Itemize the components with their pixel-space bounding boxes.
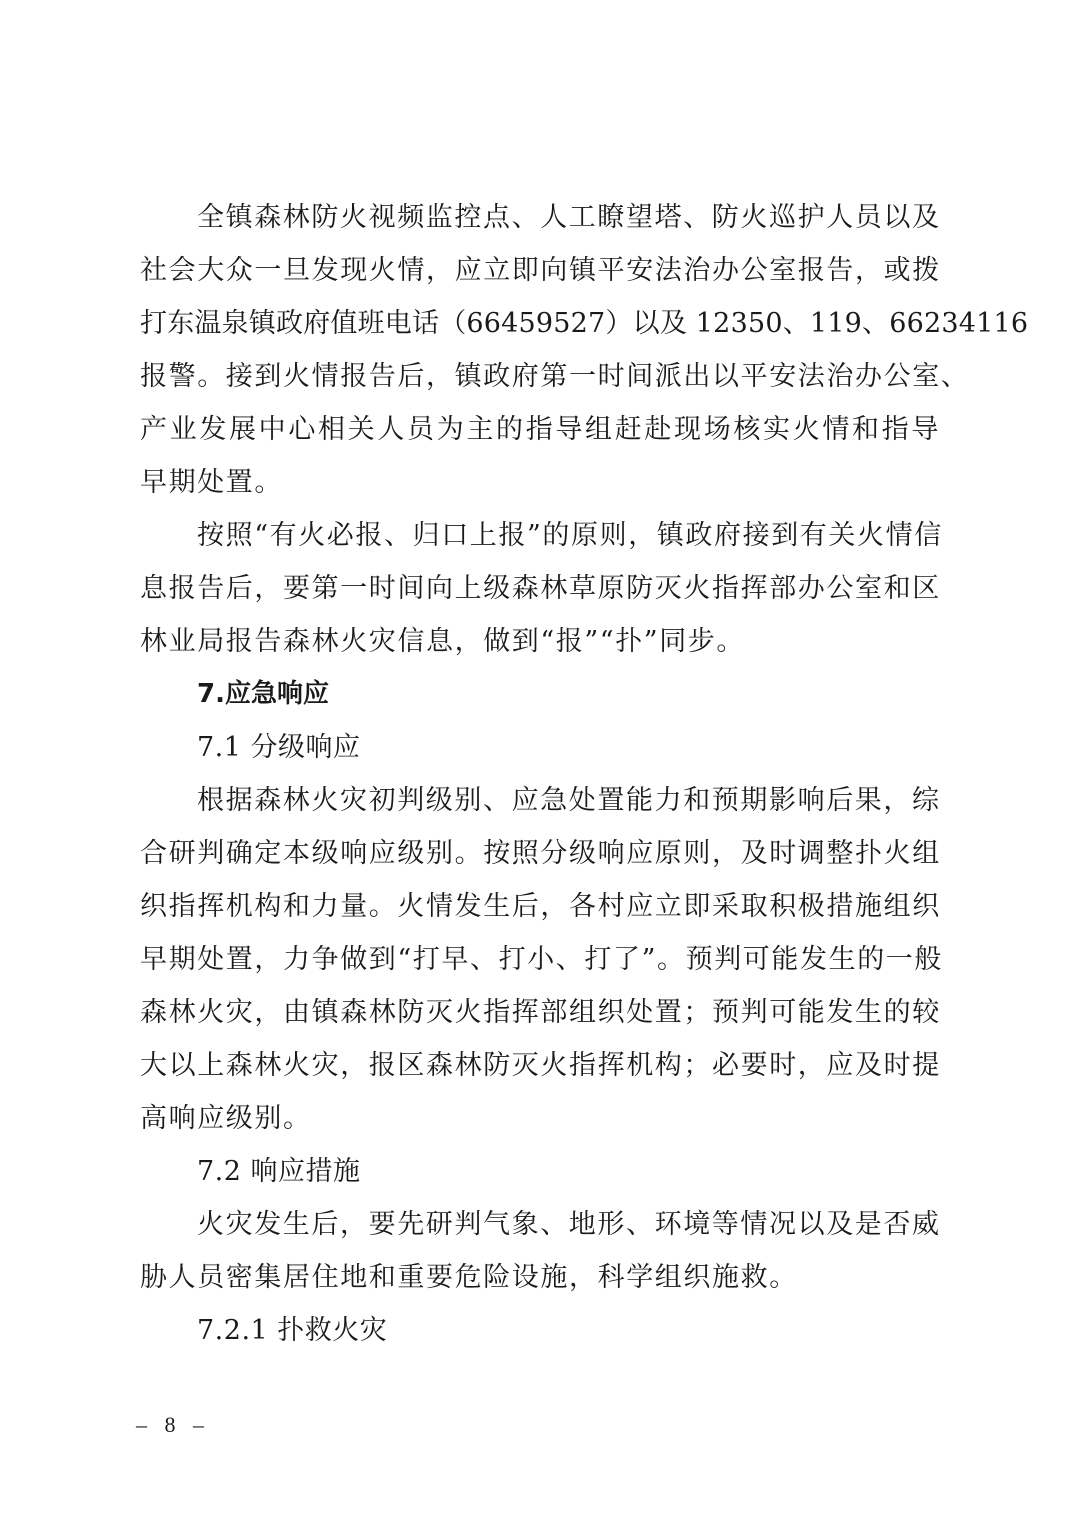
paragraph-line: 根据森林火灾初判级别、应急处置能力和预期影响后果，综 [140,774,940,827]
paragraph-line: 社会大众一旦发现火情，应立即向镇平安法治办公室报告，或拨 [140,244,940,297]
document-page: 全镇森林防火视频监控点、人工瞭望塔、防火巡护人员以及 社会大众一旦发现火情，应立… [0,0,1074,1520]
page-number: – 8 – [136,1412,210,1438]
paragraph-line: 合研判确定本级响应级别。按照分级响应原则，及时调整扑火组 [140,827,940,880]
paragraph-line: 森林火灾，由镇森林防灭火指挥部组织处置；预判可能发生的较 [140,986,940,1039]
paragraph-line: 打东温泉镇政府值班电话（66459527）以及 12350、119、662341… [140,297,940,350]
document-body: 全镇森林防火视频监控点、人工瞭望塔、防火巡护人员以及 社会大众一旦发现火情，应立… [140,191,940,1357]
section-heading-7: 7.应急响应 [140,668,940,721]
section-heading-7-2: 7.2 响应措施 [140,1145,940,1198]
paragraph-line: 火灾发生后，要先研判气象、地形、环境等情况以及是否威 [140,1198,940,1251]
paragraph-line: 林业局报告森林火灾信息，做到“报”“扑”同步。 [140,615,940,668]
paragraph-line: 息报告后，要第一时间向上级森林草原防灭火指挥部办公室和区 [140,562,940,615]
paragraph-line: 产业发展中心相关人员为主的指导组赶赴现场核实火情和指导 [140,403,940,456]
paragraph-line: 报警。接到火情报告后，镇政府第一时间派出以平安法治办公室、 [140,350,940,403]
paragraph-line: 织指挥机构和力量。火情发生后，各村应立即采取积极措施组织 [140,880,940,933]
paragraph-line: 胁人员密集居住地和重要危险设施，科学组织施救。 [140,1251,940,1304]
paragraph-line: 早期处置，力争做到“打早、打小、打了”。预判可能发生的一般 [140,933,940,986]
section-heading-7-1: 7.1 分级响应 [140,721,940,774]
paragraph-line: 全镇森林防火视频监控点、人工瞭望塔、防火巡护人员以及 [140,191,940,244]
paragraph-line: 大以上森林火灾，报区森林防灭火指挥机构；必要时，应及时提 [140,1039,940,1092]
section-heading-7-2-1: 7.2.1 扑救火灾 [140,1304,940,1357]
paragraph-line: 早期处置。 [140,456,940,509]
paragraph-line: 按照“有火必报、归口上报”的原则，镇政府接到有关火情信 [140,509,940,562]
paragraph-line: 高响应级别。 [140,1092,940,1145]
